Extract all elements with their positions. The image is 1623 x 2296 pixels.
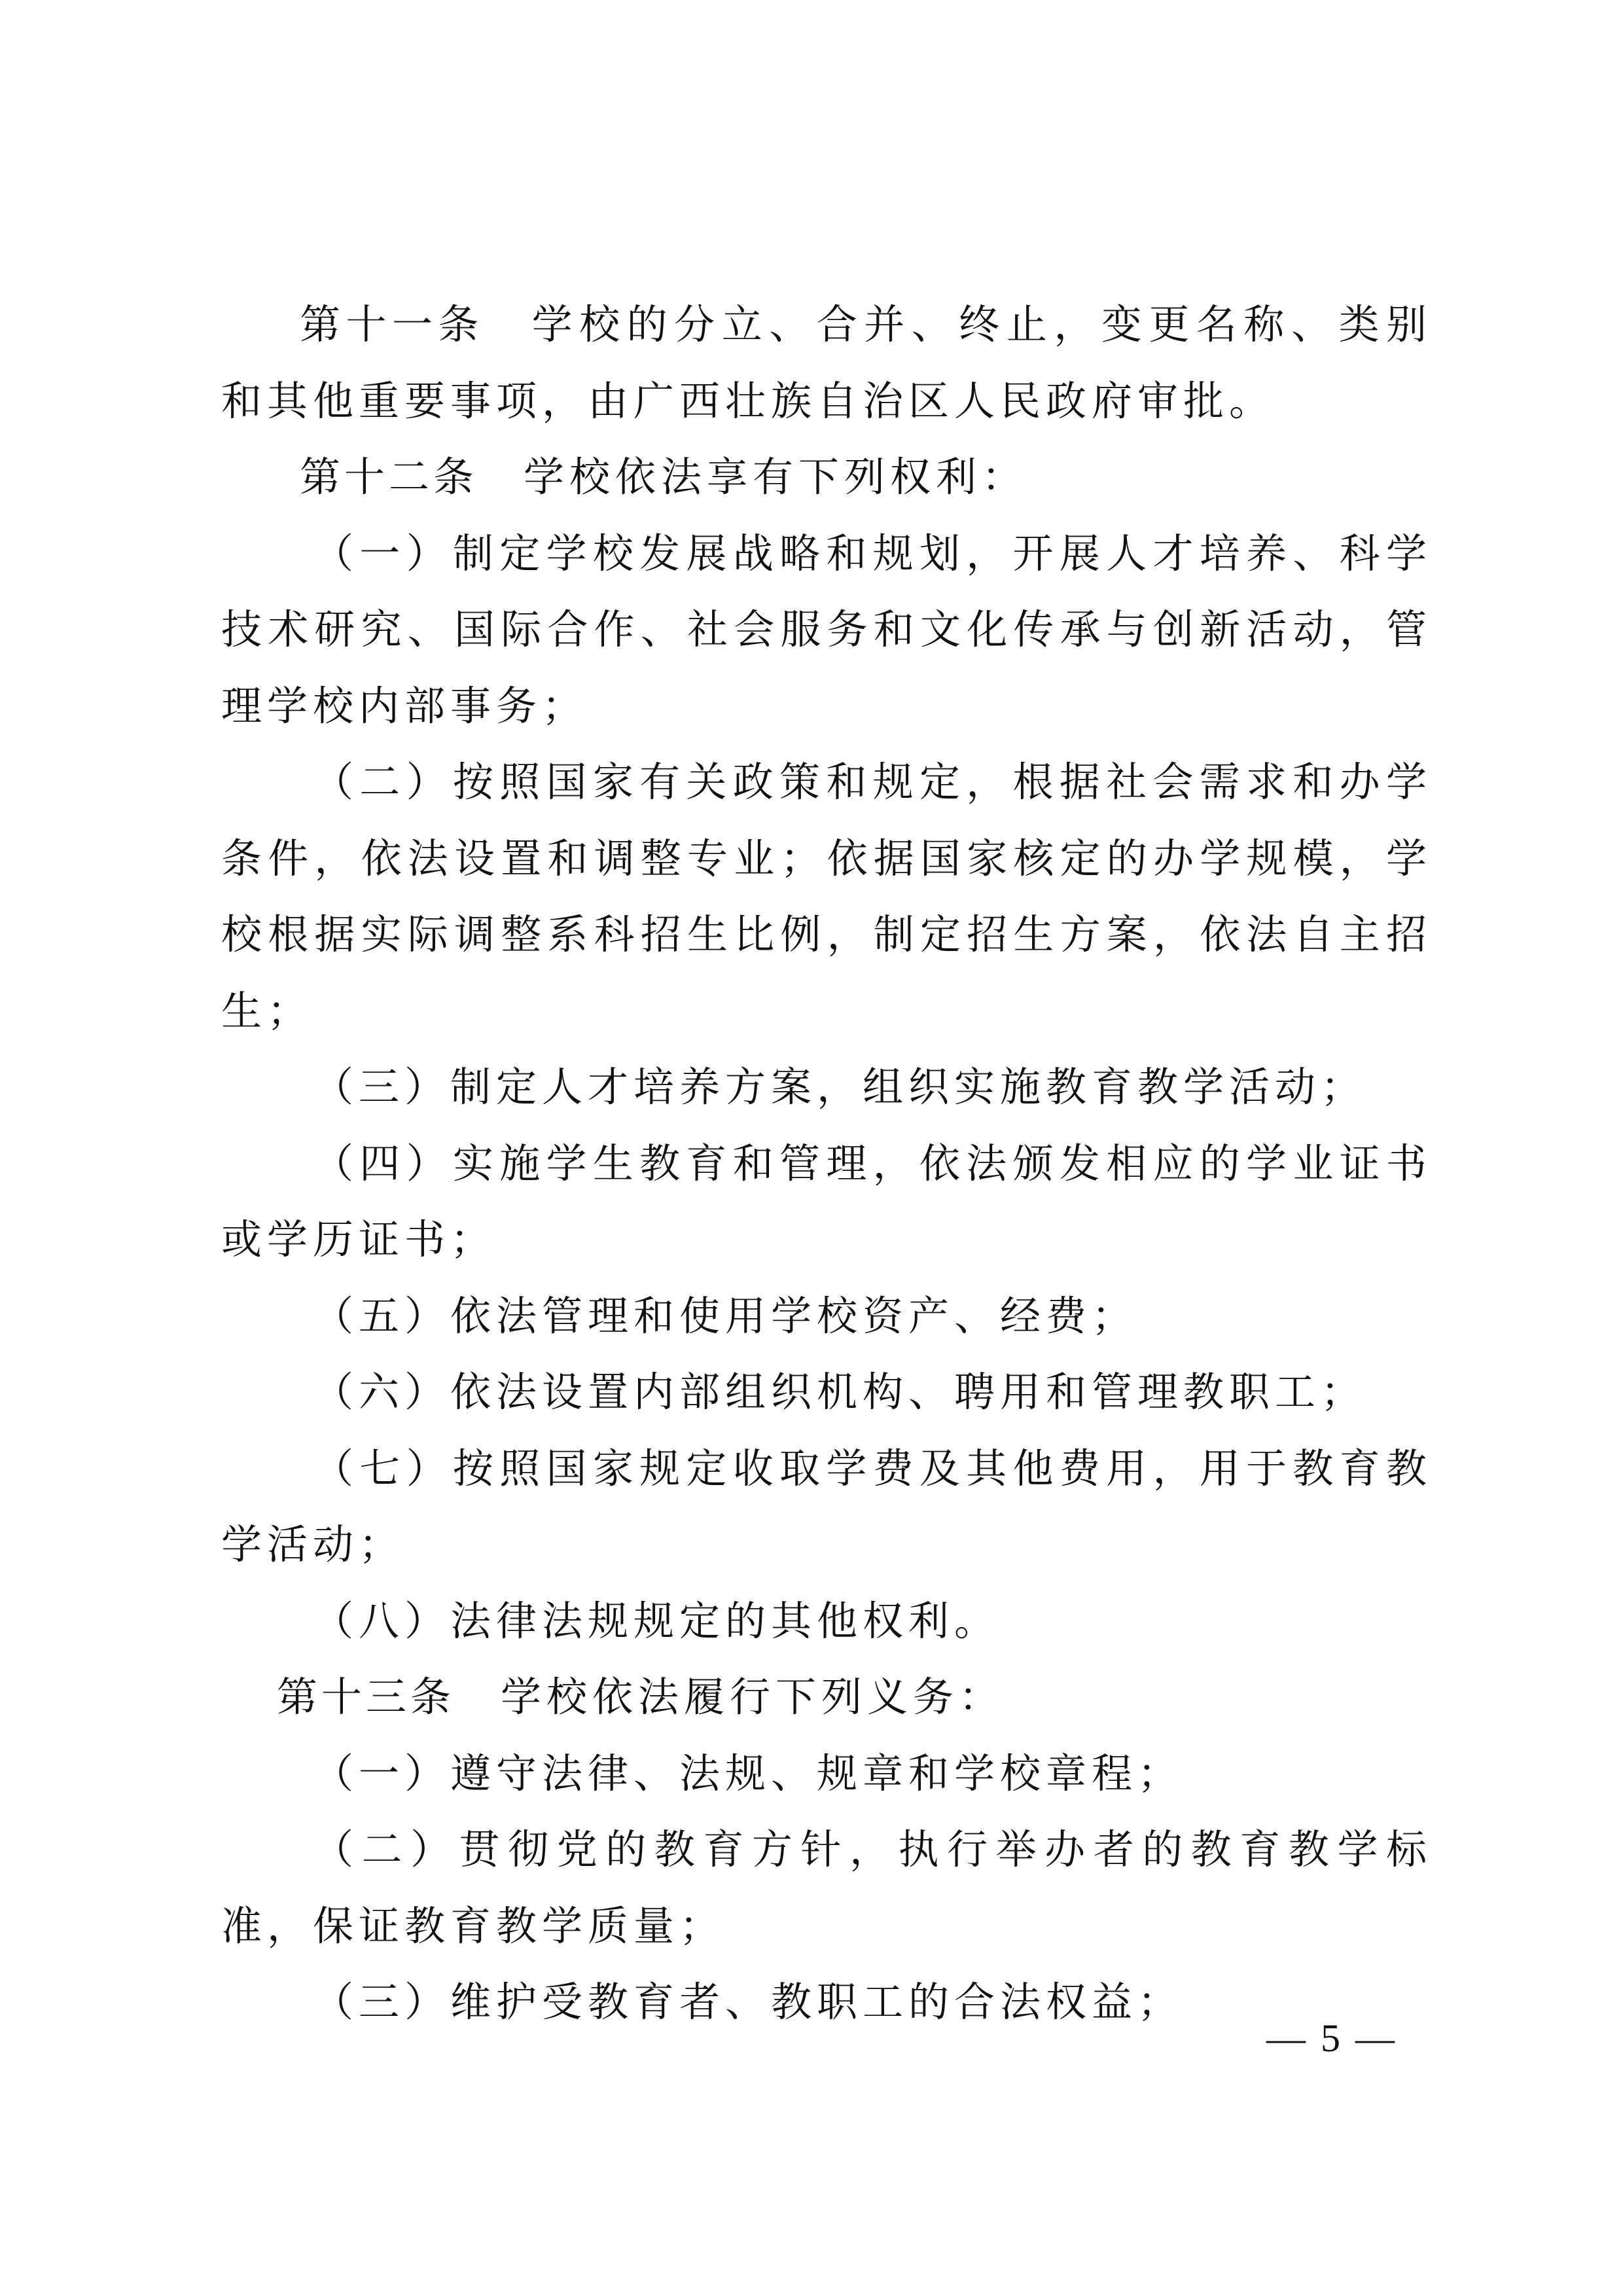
list-item: （三）制定人才培养方案，组织实施教育教学活动；	[221, 1049, 1432, 1126]
list-item: （三）维护受教育者、教职工的合法权益；	[221, 1964, 1432, 2041]
article-number: 第十一条	[300, 300, 484, 348]
article-number: 第十三条	[277, 1673, 455, 1721]
list-item: （六）依法设置内部组织机构、聘用和管理教职工；	[221, 1354, 1432, 1431]
list-item: （八）法律法规规定的其他权利。	[221, 1583, 1432, 1660]
list-item: （一）遵守法律、法规、规章和学校章程；	[221, 1736, 1432, 1812]
document-body: 第十一条学校的分立、合并、终止，变更名称、类别和其他重要事项，由广西壮族自治区人…	[221, 287, 1432, 2041]
article-number: 第十二条	[300, 453, 478, 501]
list-item: （二）贯彻党的教育方针，执行举办者的教育教学标准，保证教育教学质量；	[221, 1812, 1432, 1964]
article-13: 第十三条学校依法履行下列义务：	[221, 1659, 1432, 1736]
list-item: （四）实施学生教育和管理，依法颁发相应的学业证书或学历证书；	[221, 1126, 1432, 1278]
article-lead: 学校依法享有下列权利：	[524, 453, 1027, 501]
article-11: 第十一条学校的分立、合并、终止，变更名称、类别和其他重要事项，由广西壮族自治区人…	[221, 287, 1432, 439]
list-item: （七）按照国家规定收取学费及其他费用，用于教育教学活动；	[221, 1431, 1432, 1583]
page-number: — 5 —	[1266, 2016, 1397, 2061]
list-item: （一）制定学校发展战略和规划，开展人才培养、科学技术研究、国际合作、社会服务和文…	[221, 516, 1432, 745]
list-item: （五）依法管理和使用学校资产、经费；	[221, 1278, 1432, 1355]
document-page: 第十一条学校的分立、合并、终止，变更名称、类别和其他重要事项，由广西壮族自治区人…	[0, 0, 1623, 2296]
article-12: 第十二条学校依法享有下列权利：	[221, 439, 1432, 516]
list-item: （二）按照国家有关政策和规定，根据社会需求和办学条件，依法设置和调整专业；依据国…	[221, 744, 1432, 1049]
article-lead: 学校依法履行下列义务：	[501, 1673, 1005, 1721]
